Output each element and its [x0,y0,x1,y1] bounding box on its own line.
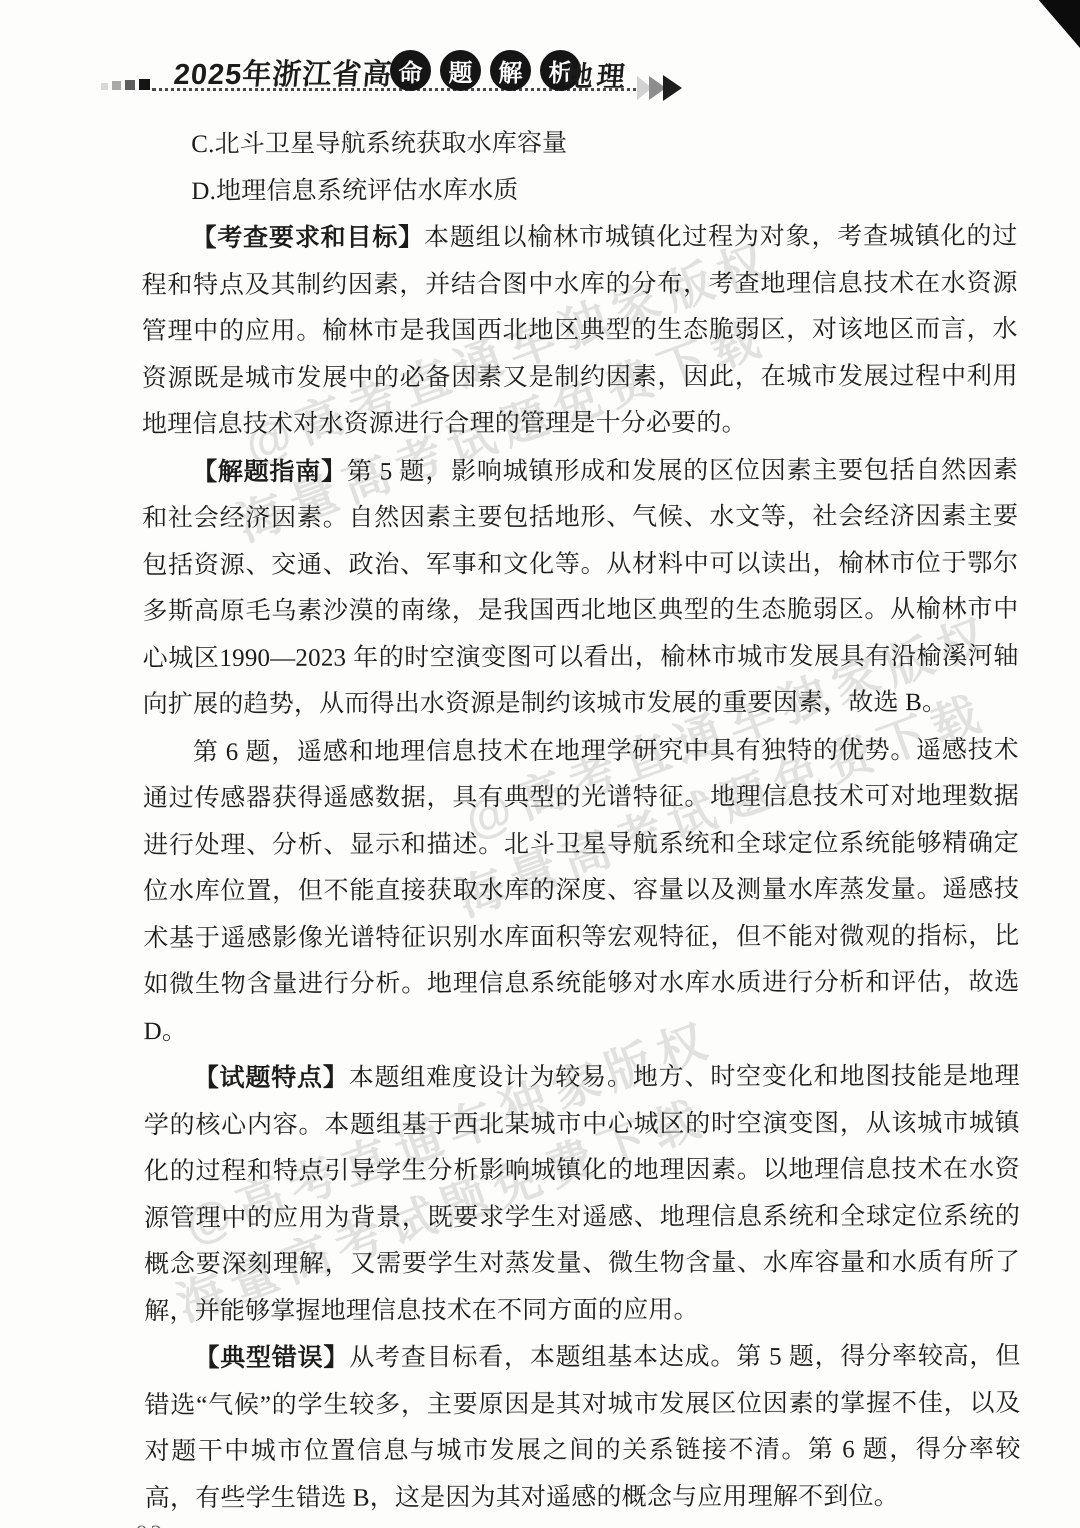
section-text: 本题组难度设计为较易。地方、时空变化和地图技能是地理学的核心内容。本题组基于西北… [144,1063,1020,1325]
option-d-line: D.地理信息系统评估水库水质 [141,166,1017,215]
document-body: C.北斗卫星导航系统获取水库容量 D.地理信息系统评估水库水质 【考查要求和目标… [141,120,1021,1522]
para-exam-requirements: 【考查要求和目标】本题组以榆林市城镇化过程为对象，考查城镇化的过程和特点及其制约… [141,213,1018,449]
header-squares-icon [101,79,150,90]
series-badge: 解 [490,50,531,91]
series-badges: 命 题 解 析 [390,50,581,91]
para-question6-analysis: 第 6 题，遥感和地理信息技术在地理学研究中具有独特的优势。遥感技术通过传感器获… [143,726,1020,1055]
section-text: 第 6 题，遥感和地理信息技术在地理学研究中具有独特的优势。遥感技术通过传感器获… [143,736,1020,1044]
section-text: 第 5 题，影响城镇形成和发展的区位因素主要包括自然因素和社会经济因素。自然因素… [142,456,1018,718]
page-header: 2025年浙江省高考 命 题 解 析 地理 [0,0,1080,115]
para-solution-guide: 【解题指南】第 5 题，影响城镇形成和发展的区位因素主要包括自然因素和社会经济因… [142,446,1019,728]
page-number: 92 [136,1521,165,1528]
para-question-features: 【试题特点】本题组难度设计为较易。地方、时空变化和地图技能是地理学的核心内容。本… [144,1053,1021,1335]
series-badge: 题 [440,50,481,91]
subject-label: 地理 [563,55,631,95]
scanned-book-page: 2025年浙江省高考 命 题 解 析 地理 @高考直通车独家版权 海量高考试题免… [0,0,1080,1528]
section-head: 【典型错误】 [194,1344,349,1372]
section-head: 【试题特点】 [194,1064,349,1092]
edition-title: 2025年浙江省高考 [172,52,424,93]
section-text: 本题组以榆林市城镇化过程为对象，考查城镇化的过程和特点及其制约因素，并结合图中水… [142,223,1018,438]
section-head: 【解题指南】 [192,457,347,485]
series-badge: 命 [390,50,431,91]
para-typical-errors: 【典型错误】从考查目标看，本题组基本达成。第 5 题，得分率较高，但错选“气候”… [144,1333,1020,1522]
header-arrows-icon [640,75,682,101]
section-head: 【考查要求和目标】 [191,223,424,252]
option-c-line: C.北斗卫星导航系统获取水库容量 [141,120,1017,169]
